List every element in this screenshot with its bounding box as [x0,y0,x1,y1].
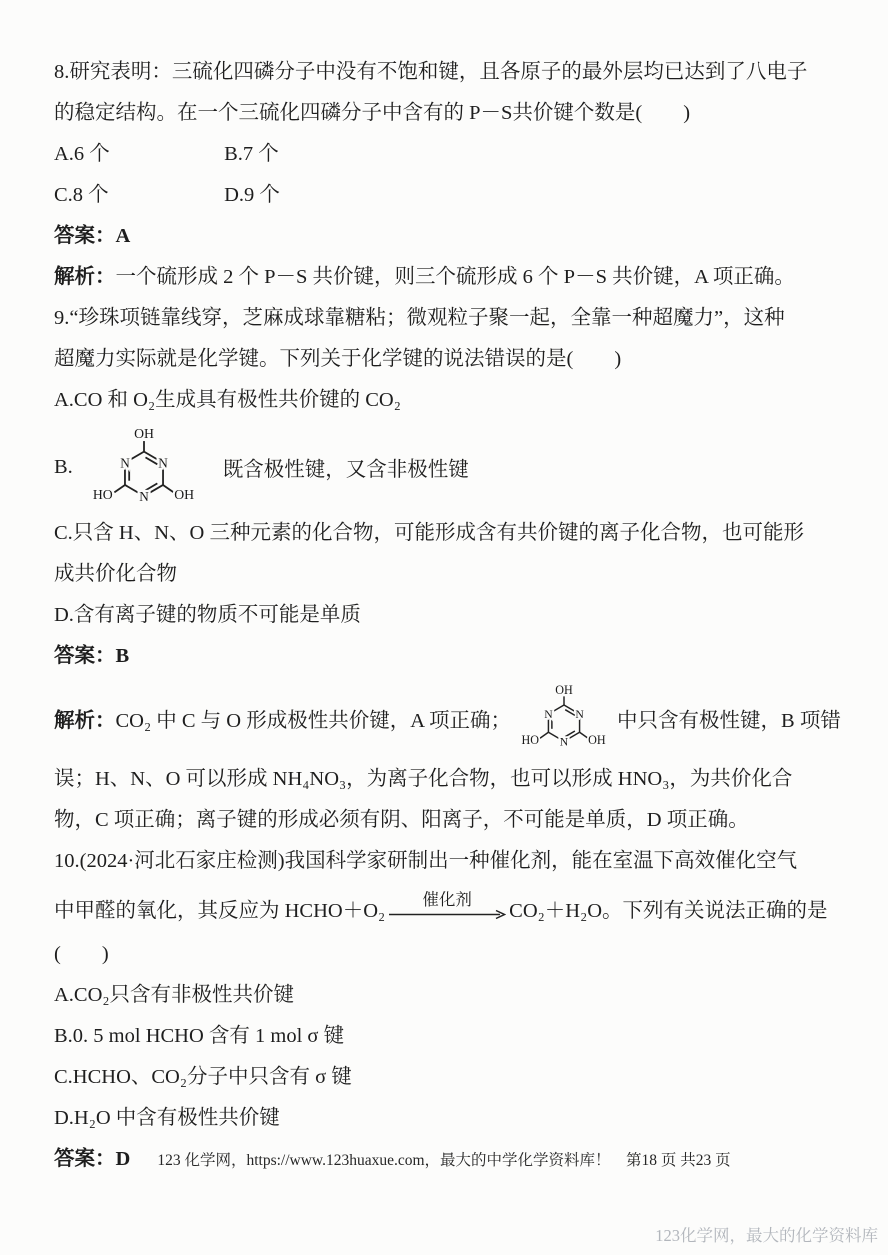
q9-analysis-label: 解析： [54,703,116,733]
q9-analysis-text-b: 中只含有极性键，B 项错 [617,703,841,733]
q8-answer-value: A [116,225,131,247]
q10-option-d: D.H₂O 中含有极性共价键 [54,1098,854,1139]
q8-option-c: C.8 个 [54,175,219,216]
q9-answer-row: 答案：B [54,636,854,677]
q9-analysis-line3: 物，C 项正确；离子键的形成必须有阴、阳离子，不可能是单质，D 项正确。 [54,800,854,841]
oh-top-label: OH [555,683,573,697]
ho-left-label: HO [522,733,540,747]
n-top-left-label: N [120,455,130,470]
q8-analysis-row: 解析：一个硫形成 2 个 P－S 共价键，则三个硫形成 6 个 P－S 共价键，… [54,257,854,298]
q8-option-d: D.9 个 [224,184,280,206]
document-page: 8.研究表明：三硫化四磷分子中没有不饱和键，且各原子的最外层均已达到了八电子 的… [0,0,888,1255]
q8-option-b: B.7 个 [224,143,279,165]
oh-top-label: OH [134,425,154,440]
oh-right-label: OH [174,487,194,502]
q8-answer-label: 答案： [54,225,116,247]
q10-reaction-left: 中甲醛的氧化，其反应为 HCHO＋O₂ [54,893,385,923]
ho-left-label: HO [93,487,113,502]
triazine-triol-structure-small: OH N N N HO OH [519,683,609,753]
q9-analysis-line2: 误；H、N、O 可以形成 NH₄NO₃，为离子化合物，也可以形成 HNO₃，为共… [54,759,854,800]
q9-stem-line1: 9.“珍珠项链靠线穿，芝麻成球靠糖粘；微观粒子聚一起，全靠一种超魔力”，这种 [54,298,854,339]
n-top-right-label: N [575,708,584,721]
q9-option-c-line1: C.只含 H、N、O 三种元素的化合物，可能形成含有共价键的离子化合物，也可能形 [54,513,854,554]
page-footer: 123 化学网，https://www.123huaxue.com，最大的中学化… [0,1150,888,1172]
q8-answer-row: 答案：A [54,216,854,257]
triazine-triol-structure-svg: OH N N N HO OH [89,425,199,510]
triazine-triol-structure: OH N N N HO OH [89,425,199,510]
q8-stem-line2: 的稳定结构。在一个三硫化四磷分子中含有的 P－S共价键个数是( ) [54,93,854,134]
q10-stem-line3: ( ) [54,934,854,975]
q10-stem-line1: 10.(2024·河北石家庄检测)我国科学家研制出一种催化剂，能在室温下高效催化… [54,841,854,882]
q10-option-c: C.HCHO、CO₂分子中只含有 σ 键 [54,1057,854,1098]
q10-option-b: B.0. 5 mol HCHO 含有 1 mol σ 键 [54,1016,854,1057]
q9-analysis-text-a: CO₂ 中 C 与 O 形成极性共价键，A 项正确； [116,703,512,733]
triazine-triol-structure-small-svg: OH N N N HO OH [519,683,609,753]
q10-stem-line2: 中甲醛的氧化，其反应为 HCHO＋O₂ 催化剂 CO₂＋H₂O。下列有关说法正确… [54,882,854,934]
q9-option-a: A.CO 和 O₂生成具有极性共价键的 CO₂ [54,380,854,421]
n-bottom-label: N [139,488,149,503]
catalyst-condition-label: 催化剂 [422,890,472,909]
q9-option-c-line2: 成共价化合物 [54,554,854,595]
q8-analysis-label: 解析： [54,266,116,288]
q9-option-b: B. OH N N N [54,421,854,513]
q8-options-ab: A.6 个 B.7 个 [54,134,854,175]
q10-option-a: A.CO₂只含有非极性共价键 [54,975,854,1016]
q8-stem-line1: 8.研究表明：三硫化四磷分子中没有不饱和键，且各原子的最外层均已达到了八电子 [54,52,854,93]
exam-content: 8.研究表明：三硫化四磷分子中没有不饱和键，且各原子的最外层均已达到了八电子 的… [54,52,854,1180]
oh-right-label: OH [588,733,606,747]
q9-option-b-prefix: B. [54,456,73,479]
q9-answer-label: 答案： [54,645,116,667]
q9-option-b-text: 既含极性键，又含非极性键 [223,452,469,482]
q8-options-cd: C.8 个 D.9 个 [54,175,854,216]
site-watermark: 123化学网，最大的化学资料库 [655,1222,878,1246]
q10-reaction-right: CO₂＋H₂O。下列有关说法正确的是 [509,893,827,923]
n-top-left-label: N [544,708,553,721]
q8-analysis-text: 一个硫形成 2 个 P－S 共价键，则三个硫形成 6 个 P－S 共价键，A 项… [116,266,795,288]
n-bottom-label: N [560,735,569,748]
n-top-right-label: N [158,455,168,470]
q9-stem-line2: 超魔力实际就是化学键。下列关于化学键的说法错误的是( ) [54,339,854,380]
q8-option-a: A.6 个 [54,134,219,175]
right-arrow-icon [388,909,506,920]
reaction-arrow: 催化剂 [388,890,506,920]
q9-analysis-line1: 解析： CO₂ 中 C 与 O 形成极性共价键，A 项正确； OH [54,677,854,759]
q9-answer-value: B [116,645,130,667]
q9-option-d: D.含有离子键的物质不可能是单质 [54,595,854,636]
